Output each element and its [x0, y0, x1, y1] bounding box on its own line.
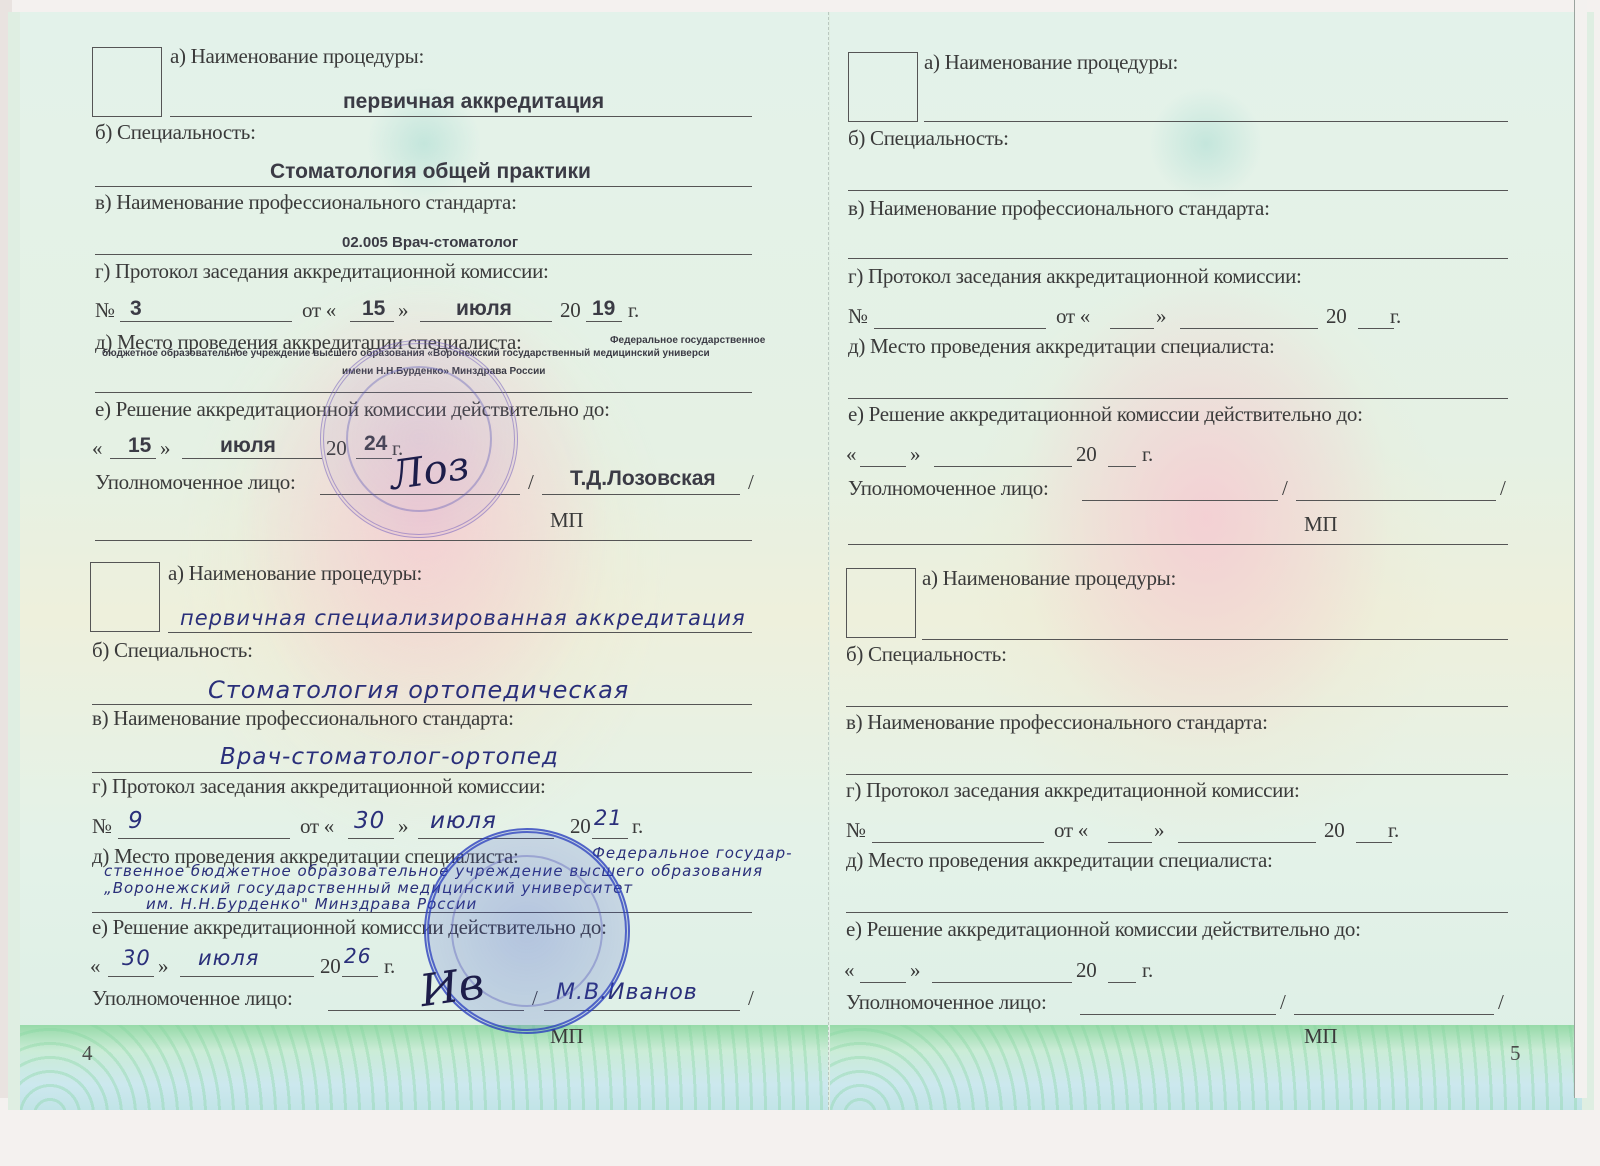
specialty-line	[92, 704, 752, 705]
underline	[182, 458, 322, 459]
standard-line	[92, 772, 752, 773]
protocol-year: 21	[594, 806, 623, 830]
specialty-label: б) Специальность:	[92, 638, 253, 663]
underline	[932, 982, 1072, 983]
name-line	[542, 494, 740, 495]
underline	[108, 976, 154, 977]
year-suffix: г.	[1142, 442, 1153, 467]
valid-year: 26	[344, 944, 371, 968]
signature-line	[1082, 500, 1278, 501]
place-line	[92, 912, 752, 913]
number-sign: №	[848, 304, 868, 329]
authorized-label: Уполномоченное лицо:	[95, 470, 296, 495]
authorized-label: Уполномоченное лицо:	[846, 990, 1047, 1015]
protocol-label: г) Протокол заседания аккредитационной к…	[92, 774, 546, 799]
underline	[1108, 466, 1136, 467]
standard-line	[848, 258, 1508, 259]
name-line	[1296, 500, 1496, 501]
underline	[1108, 982, 1136, 983]
valid-month: июля	[198, 946, 259, 970]
underline	[110, 458, 156, 459]
underline	[1180, 328, 1318, 329]
from-label: от «	[1054, 818, 1088, 843]
divider-line	[848, 544, 1508, 545]
procedure-line	[168, 632, 752, 633]
valid-until-label: е) Решение аккредитационной комиссии дей…	[846, 917, 1361, 942]
number-sign: №	[92, 814, 112, 839]
slash: /	[1282, 476, 1288, 501]
underline	[586, 321, 622, 322]
name-line	[1294, 1014, 1494, 1015]
signature-line	[1080, 1014, 1276, 1015]
century-label: 20	[1326, 304, 1346, 329]
specialty-line	[846, 706, 1508, 707]
violet-stamp	[320, 340, 518, 538]
procedure-label: а) Наименование процедуры:	[924, 50, 1178, 75]
slash: /	[528, 470, 534, 495]
seal-label: МП	[1304, 512, 1337, 537]
place-line	[846, 912, 1508, 913]
quote-close: »	[160, 436, 170, 461]
century-label: 20	[570, 814, 590, 839]
quote-close: »	[1154, 818, 1164, 843]
valid-day: 30	[122, 946, 151, 970]
quote-close: »	[910, 958, 920, 983]
specialty-value: Стоматология ортопедическая	[208, 676, 629, 704]
standard-line	[846, 774, 1508, 775]
specialty-value: Стоматология общей практики	[270, 160, 591, 184]
specialty-label: б) Специальность:	[95, 120, 256, 145]
procedure-value: первичная аккредитация	[343, 90, 604, 114]
quote-open: «	[92, 436, 102, 461]
underline	[420, 321, 552, 322]
standard-label: в) Наименование профессионального станда…	[846, 710, 1268, 735]
protocol-label: г) Протокол заседания аккредитационной к…	[846, 778, 1300, 803]
year-suffix: г.	[384, 954, 395, 979]
quote-close: »	[910, 442, 920, 467]
procedure-label: а) Наименование процедуры:	[168, 561, 422, 586]
page-number: 4	[82, 1041, 93, 1066]
scan-right-edge	[1574, 0, 1587, 1098]
entry-checkbox	[90, 562, 160, 632]
specialty-line	[848, 190, 1508, 191]
security-band	[20, 1025, 828, 1110]
divider-line	[95, 540, 752, 541]
entry-checkbox	[848, 52, 918, 122]
place-label: д) Место проведения аккредитации специал…	[846, 848, 1273, 873]
underline	[860, 982, 906, 983]
protocol-day: 15	[362, 297, 385, 321]
underline	[1110, 328, 1154, 329]
underline	[934, 466, 1072, 467]
underline	[348, 838, 394, 839]
century-label: 20	[560, 298, 580, 323]
quote-close: »	[398, 814, 408, 839]
authorized-label: Уполномоченное лицо:	[848, 476, 1049, 501]
place-value-line2: ственное бюджетное образовательное учреж…	[104, 862, 763, 880]
from-label: от «	[302, 298, 336, 323]
year-suffix: г.	[628, 298, 639, 323]
procedure-label: а) Наименование процедуры:	[170, 44, 424, 69]
procedure-line	[922, 639, 1508, 640]
standard-label: в) Наименование профессионального станда…	[95, 190, 517, 215]
from-label: от «	[300, 814, 334, 839]
place-label: д) Место проведения аккредитации специал…	[848, 334, 1275, 359]
underline	[860, 466, 906, 467]
place-value-line1: Федеральное государственное	[610, 335, 765, 346]
slash: /	[1500, 476, 1506, 501]
certificate-spread: а) Наименование процедуры: первичная акк…	[8, 12, 1594, 1110]
underline	[1108, 842, 1152, 843]
valid-day: 15	[128, 434, 151, 458]
quote-open: «	[844, 958, 854, 983]
protocol-month: июля	[456, 297, 512, 321]
specialty-label: б) Специальность:	[846, 642, 1007, 667]
standard-value: Врач-стоматолог-ортопед	[220, 744, 559, 770]
underline	[592, 838, 628, 839]
authorized-label: Уполномоченное лицо:	[92, 986, 293, 1011]
entry-checkbox	[92, 47, 162, 117]
valid-until-label: е) Решение аккредитационной комиссии дей…	[848, 402, 1363, 427]
quote-close: »	[158, 954, 168, 979]
century-label: 20	[1324, 818, 1344, 843]
standard-label: в) Наименование профессионального станда…	[848, 196, 1270, 221]
quote-close: »	[398, 298, 408, 323]
standard-label: в) Наименование профессионального станда…	[92, 706, 514, 731]
underline	[872, 842, 1044, 843]
quote-close: »	[1156, 304, 1166, 329]
procedure-line	[924, 121, 1508, 122]
protocol-day: 30	[354, 808, 385, 834]
procedure-line	[170, 116, 752, 117]
official-name: Т.Д.Лозовская	[570, 467, 716, 491]
underline	[1356, 842, 1392, 843]
protocol-year: 19	[592, 297, 615, 321]
year-suffix: г.	[632, 814, 643, 839]
security-band	[830, 1025, 1582, 1110]
page-number: 5	[1510, 1041, 1521, 1066]
century-label: 20	[1076, 442, 1096, 467]
slash: /	[1280, 990, 1286, 1015]
quote-open: «	[846, 442, 856, 467]
protocol-label: г) Протокол заседания аккредитационной к…	[848, 264, 1302, 289]
quote-open: «	[90, 954, 100, 979]
slash: /	[1498, 990, 1504, 1015]
entry-checkbox	[846, 568, 916, 638]
page-left: а) Наименование процедуры: первичная акк…	[20, 12, 829, 1110]
underline	[342, 976, 378, 977]
year-suffix: г.	[1142, 958, 1153, 983]
place-value-line1: Федеральное государ-	[592, 844, 793, 862]
underline	[1178, 842, 1316, 843]
century-label: 20	[320, 954, 340, 979]
underline	[180, 976, 314, 977]
specialty-label: б) Специальность:	[848, 126, 1009, 151]
seal-label: МП	[1304, 1024, 1337, 1049]
protocol-month: июля	[430, 808, 497, 834]
number-sign: №	[95, 298, 115, 323]
protocol-label: г) Протокол заседания аккредитационной к…	[95, 259, 549, 284]
year-suffix: г.	[1388, 818, 1399, 843]
procedure-value: первичная специализированная аккредитаци…	[180, 606, 746, 630]
procedure-label: а) Наименование процедуры:	[922, 566, 1176, 591]
protocol-number: 3	[130, 297, 142, 321]
slash: /	[748, 470, 754, 495]
specialty-line	[95, 186, 752, 187]
underline	[874, 328, 1046, 329]
page-right: а) Наименование процедуры: б) Специально…	[830, 12, 1582, 1110]
century-label: 20	[1076, 958, 1096, 983]
underline	[120, 321, 292, 322]
underline	[1358, 328, 1394, 329]
valid-month: июля	[220, 434, 276, 458]
protocol-number: 9	[128, 808, 144, 834]
standard-value: 02.005 Врач-стоматолог	[342, 234, 518, 251]
standard-line	[95, 254, 752, 255]
year-suffix: г.	[1390, 304, 1401, 329]
from-label: от «	[1056, 304, 1090, 329]
slash: /	[748, 986, 754, 1011]
signature: Ив	[417, 958, 487, 1017]
number-sign: №	[846, 818, 866, 843]
underline	[350, 321, 394, 322]
seal-label: МП	[550, 508, 583, 533]
underline	[118, 838, 290, 839]
place-line	[848, 398, 1508, 399]
